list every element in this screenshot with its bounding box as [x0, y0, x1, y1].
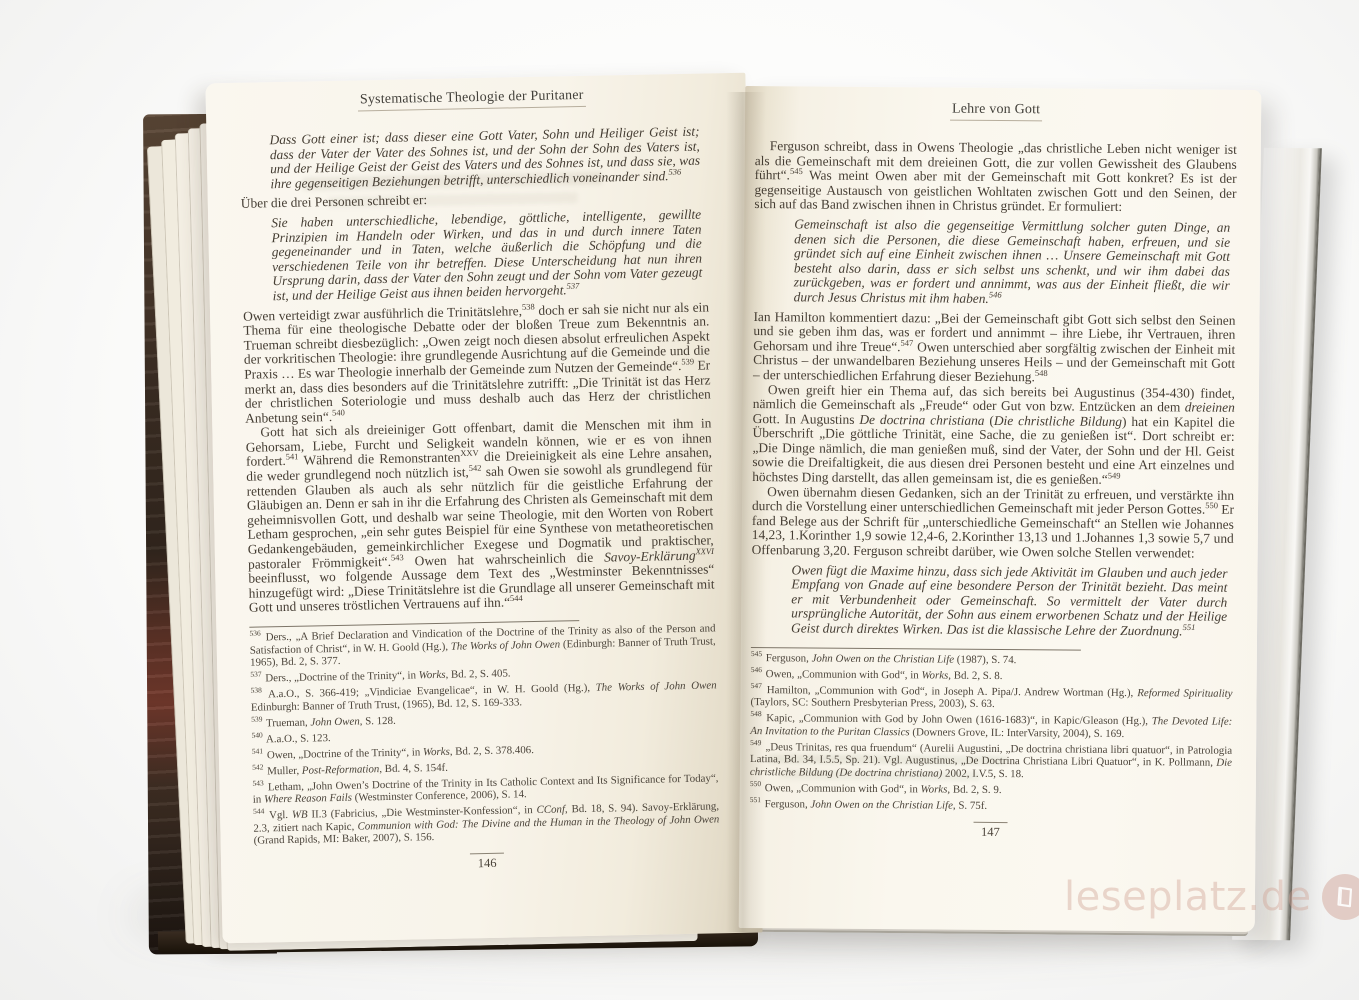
text-run: Was meint Owen aber mit der Gemeinschaft…	[754, 168, 1236, 215]
text-run: (Westminster Conference, 2006), S. 14.	[352, 788, 527, 804]
footnote-number: 541	[252, 746, 263, 755]
text-run: Owen greift hier ein Thema auf, das sich…	[753, 382, 1235, 415]
paragraph: Owen verteidigt zwar ausführlich die Tri…	[243, 300, 711, 426]
footnote-546: 546 Owen, „Communion with God“, in Works…	[751, 668, 1233, 684]
right-page-footnotes: 545 Ferguson, John Owen on the Christian…	[750, 652, 1233, 814]
text-run: Gott. In Augustins	[753, 411, 860, 427]
text-run: The Works of John Owen	[451, 638, 561, 652]
footnote-number: 542	[252, 762, 263, 771]
text-run: 2002, I.V.5, S. 18.	[942, 767, 1024, 780]
text-run: , Bd. 2, S. 378.406.	[450, 744, 534, 758]
right-page: Lehre von Gott Ferguson schreibt, dass i…	[739, 86, 1262, 932]
paragraph: Ian Hamilton kommentiert dazu: „Bei der …	[753, 310, 1236, 387]
watermark-text: leseplatz.de	[1064, 874, 1312, 920]
footnote-marker: 547	[901, 337, 914, 347]
text-run: (	[984, 413, 994, 428]
footnote-marker: 551	[1183, 622, 1196, 632]
footnote-marker: 536	[668, 166, 681, 176]
footnote-547: 547 Hamilton, „Communion with God“, in J…	[750, 684, 1232, 713]
footnote-marker: 549	[1108, 470, 1121, 480]
footnote-marker: 541	[286, 452, 299, 462]
footnote-550: 550 Owen, „Communion with God“, in Works…	[750, 782, 1232, 798]
text-run: Muller,	[267, 764, 302, 777]
text-run: A.a.O., S. 123.	[266, 732, 331, 745]
footnote-number: 544	[253, 807, 264, 816]
text-run: Vgl.	[269, 809, 292, 821]
text-run: Ferguson,	[765, 798, 811, 810]
text-run: Owen, „Communion with God“, in	[766, 668, 922, 681]
footnote-number: 538	[251, 686, 262, 695]
text-run: , S. 128.	[360, 714, 396, 727]
text-run: Post-Reformation	[302, 763, 380, 777]
text-run: dreieinen	[1185, 400, 1235, 415]
right-page-body: Ferguson schreibt, dass in Owens Theolog…	[751, 139, 1237, 639]
left-page-number: 146	[254, 848, 720, 875]
footnote-marker: 550	[1205, 500, 1218, 510]
footnote-separator	[751, 647, 1081, 651]
paragraph: Ferguson schreibt, dass in Owens Theolog…	[754, 139, 1237, 216]
text-run: Owen fügt die Maxime hinzu, dass sich je…	[791, 562, 1228, 638]
footnote-number: 548	[750, 710, 761, 719]
text-run: , Bd. 2, S. 9.	[947, 783, 1001, 795]
text-run: Owen übernahm diesen Gedanken, sich an d…	[752, 484, 1234, 517]
footnote-551: 551 Ferguson, John Owen on the Christian…	[750, 798, 1232, 814]
text-run: , Bd. 2, S. 8.	[948, 669, 1002, 681]
footnote-549: 549 „Deus Trinitas, res qua fruendum“ (A…	[750, 741, 1232, 782]
footnote-marker: 537	[567, 281, 580, 291]
text-run: (1987), S. 74.	[954, 653, 1016, 665]
footnote-number: 540	[251, 730, 262, 739]
left-page-body: Dass Gott einer ist; dass dieser eine Go…	[239, 124, 715, 615]
right-running-header-text: Lehre von Gott	[950, 102, 1042, 122]
footnote-number: 547	[751, 681, 762, 690]
text-run: Sie haben unterschiedliche, lebendige, g…	[271, 207, 702, 304]
left-page-footnotes: 536 Ders., „A Brief Declaration and Vind…	[249, 622, 719, 847]
text-run: , Bd. 4, S. 154f.	[379, 761, 448, 774]
book-icon	[1322, 874, 1359, 920]
footnote-marker: 539	[681, 356, 694, 366]
text-run: Owen, „Communion with God“, in	[765, 782, 921, 795]
right-running-header: Lehre von Gott	[755, 100, 1237, 123]
text-run: The Works of John Owen	[596, 679, 717, 693]
text-run: (Taylors, SC: Southern Presbyterian Pres…	[750, 696, 994, 710]
text-run: Trueman,	[266, 716, 311, 729]
text-run: (Downers Grove, IL: InterVarsity, 2004),…	[910, 726, 1125, 740]
text-run: WB	[292, 809, 308, 821]
footnote-marker: 546	[989, 289, 1002, 299]
left-running-header-text: Systematische Theologie der Puritaner	[358, 88, 586, 112]
text-run: John Owen	[310, 715, 360, 728]
footnote-marker: XXV	[460, 448, 479, 458]
text-run: Dass Gott einer ist; dass dieser eine Go…	[269, 124, 700, 191]
footnote-marker: 544	[510, 593, 523, 603]
text-run: Über die drei Personen schreibt er:	[241, 192, 428, 211]
text-run: Works	[423, 745, 450, 758]
text-run: CConf	[536, 803, 565, 816]
footnote-number: 549	[750, 738, 761, 747]
text-run: beeinflusst, wo folgende Aussage dem Tex…	[248, 562, 715, 616]
footnote-number: 546	[751, 665, 762, 674]
footnote-545: 545 Ferguson, John Owen on the Christian…	[751, 652, 1233, 668]
watermark: leseplatz.de	[1064, 874, 1359, 920]
text-run: De doctrina christiana	[859, 412, 984, 428]
text-run: Gemeinschaft ist also die gegenseitige V…	[794, 216, 1231, 305]
text-run: , S. 75f.	[953, 799, 987, 811]
text-run: Works	[921, 669, 948, 681]
left-page: Systematische Theologie der Puritaner Da…	[205, 73, 762, 944]
text-run: Where Reason Fails	[264, 792, 352, 806]
left-running-header: Systematische Theologie der Puritaner	[239, 85, 705, 113]
text-run: John Owen on the Christian Life	[812, 652, 955, 665]
footnote-number: 545	[751, 649, 762, 658]
text-run: Ferguson,	[766, 652, 812, 664]
footnote-number: 551	[750, 795, 761, 804]
quote-block: Owen fügt die Maxime hinzu, dass sich je…	[791, 563, 1228, 639]
footnote-marker: 542	[469, 463, 482, 473]
text-run: Die christliche Bildung	[994, 413, 1122, 429]
footnote-number: 536	[249, 629, 260, 638]
footnote-marker: 540	[332, 407, 345, 417]
quote-block: Dass Gott einer ist; dass dieser eine Go…	[269, 125, 700, 192]
footnote-536: 536 Ders., „A Brief Declaration and Vind…	[249, 622, 716, 669]
footnote-548: 548 Kapic, „Communion with God by John O…	[750, 712, 1232, 741]
book-photo: Systematische Theologie der Puritaner Da…	[0, 0, 1359, 1000]
paragraph: Owen übernahm diesen Gedanken, sich an d…	[752, 485, 1235, 562]
paragraph: Gott hat sich als dreieiniger Gott offen…	[245, 417, 715, 616]
footnote-544: 544 Vgl. WB II.3 (Fabricius, „Die Westmi…	[253, 800, 720, 847]
footnote-marker: 548	[1035, 368, 1048, 378]
text-run: (Grand Rapids, MI: Baker, 2007), S. 156.	[254, 831, 435, 847]
footnote-marker: 538	[522, 301, 535, 311]
text-run: Works	[921, 783, 948, 795]
text-run: Owen, „Doctrine of the Trinity“, in	[267, 746, 423, 761]
text-run: Reformed Spirituality	[1137, 687, 1232, 700]
footnote-marker: XXVI	[695, 546, 714, 556]
text-run: „Deus Trinitas, res qua fruendum“ (Aurel…	[750, 741, 1232, 769]
text-run: Works	[419, 669, 446, 682]
footnote-number: 543	[252, 778, 263, 787]
footnote-number: 539	[251, 714, 262, 723]
footnote-number: 537	[250, 670, 261, 679]
quote-block: Sie haben unterschiedliche, lebendige, g…	[271, 208, 703, 304]
text-run: Ders., „Doctrine of the Trinity“, in	[265, 669, 419, 684]
footnote-marker: 543	[391, 552, 404, 562]
text-run: John Owen on the Christian Life	[810, 798, 953, 811]
text-run: , Bd. 2, S. 405.	[445, 668, 510, 681]
footnote-marker: 545	[790, 166, 803, 176]
quote-block: Gemeinschaft ist also die gegenseitige V…	[794, 217, 1231, 308]
right-page-number: 147	[749, 820, 1231, 842]
paragraph: Owen greift hier ein Thema auf, das sich…	[752, 383, 1235, 489]
footnote-number: 550	[750, 779, 761, 788]
